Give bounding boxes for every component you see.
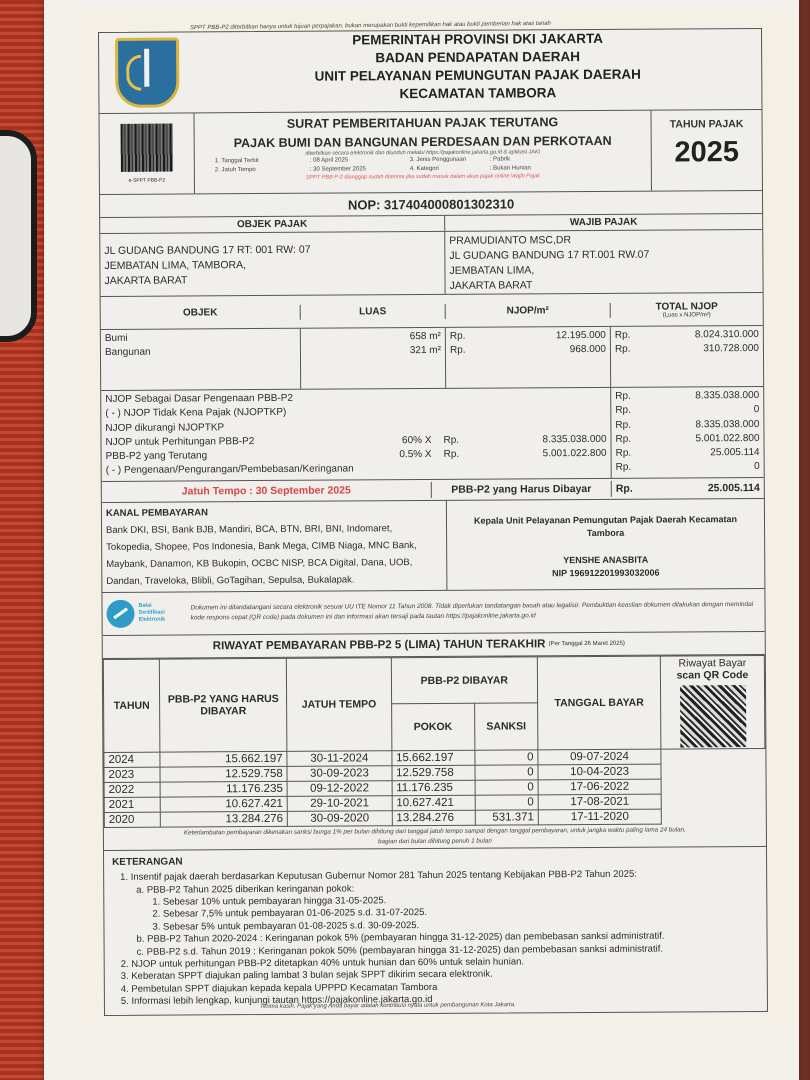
calc-pct: 0.5% X: [397, 448, 432, 463]
cell-harus: 11.176.235: [160, 781, 287, 797]
cell-tahun: 2022: [104, 782, 160, 797]
riwayat-table: TAHUN PBB-P2 YANG HARUS DIBAYAR JATUH TE…: [103, 655, 766, 828]
calc-result-value: 5.001.022.800: [696, 432, 760, 447]
wajib-pajak-heading: WAJIB PAJAK: [445, 214, 762, 231]
qr-caption-bold: scan QR Code: [665, 669, 760, 682]
calc-result: Rp.0: [616, 460, 760, 475]
col-tanggal-bayar: TANGGAL BAYAR: [537, 656, 660, 750]
cell-pokok: 12.529.758: [392, 765, 475, 781]
bsre-logo-text: Balai Sertifikasi Elektronik: [138, 603, 165, 624]
cell-jatuh: 30-09-2023: [287, 766, 391, 782]
header-line-4: KECAMATAN TAMBORA: [194, 83, 761, 104]
calc-mid: [482, 418, 606, 433]
luas-bumi: 658 m²: [305, 330, 441, 345]
cell-tahun: 2023: [104, 767, 160, 782]
col-total: TOTAL NJOP (Luas x NJOP/m²): [611, 298, 763, 320]
calc-result-rp: Rp.: [615, 390, 631, 404]
calc-pct: [396, 391, 431, 406]
riwayat-qr-cell: Riwayat Bayar scan QR Code: [660, 655, 765, 749]
kanal-line: Maybank, Danamon, KB Bukopin, OCBC NISP,…: [106, 554, 442, 573]
cell-harus: 13.284.276: [160, 811, 287, 827]
sppt-title-1: SURAT PEMBERITAHUAN PAJAK TERUTANG: [195, 115, 651, 133]
rp-label: Rp.: [450, 344, 466, 358]
calc-rp-mid: [431, 419, 482, 434]
objek-table-header: OBJEK LUAS NJOP/m² TOTAL NJOP (Luas x NJ…: [101, 293, 763, 330]
col-total-label: TOTAL NJOP: [615, 300, 759, 312]
cell-pokok: 13.284.276: [392, 810, 475, 826]
header-title: PEMERINTAH PROVINSI DKI JAKARTA BADAN PE…: [194, 29, 761, 112]
calc-result: Rp.25.005.114: [616, 446, 760, 461]
cell-harus: 12.529.758: [160, 766, 287, 782]
rp-label: Rp.: [615, 343, 631, 357]
dki-jakarta-emblem-icon: [115, 38, 179, 108]
calc-rp-mid: [431, 391, 482, 406]
calc-result-rp: Rp.: [615, 418, 631, 432]
cell-tanggal: 17-06-2022: [538, 779, 661, 795]
col-pokok: POKOK: [391, 703, 475, 750]
address-line: JAKARTA BARAT: [450, 277, 759, 294]
calc-rp-mid: Rp.: [432, 448, 483, 463]
total-bangunan: Rp.310.728.000: [615, 342, 759, 357]
objek-table-body: Bumi Bangunan 658 m² 321 m² Rp.12.195.00…: [101, 326, 763, 391]
cell-tanggal: 10-04-2023: [538, 764, 661, 780]
tahun-pajak-block: TAHUN PAJAK 2025: [651, 110, 761, 191]
cell-sanksi: 0: [475, 780, 538, 795]
kanal-heading: KANAL PEMBAYARAN: [106, 503, 442, 522]
kanal-line: Tokopedia, Shopee, Pos Indonesia, Bank M…: [106, 537, 442, 556]
col-tahun: TAHUN: [103, 659, 160, 752]
cell-harus: 10.627.421: [160, 796, 287, 812]
calc-result: Rp.5.001.022.800: [615, 432, 759, 447]
njop-value: 968.000: [570, 343, 606, 357]
total-col: Rp.8.024.310.000 Rp.310.728.000: [611, 326, 763, 387]
keterangan-section: KETERANGAN 1. Insentif pajak daerah berd…: [104, 846, 767, 1015]
keterangan-list: 1. Insentif pajak daerah berdasarkan Kep…: [112, 868, 759, 1008]
cell-sanksi: 0: [475, 765, 538, 780]
calc-rp-mid: [432, 462, 483, 477]
cell-jatuh: 30-09-2020: [287, 811, 391, 827]
calc-labels: NJOP Sebagai Dasar Pengenaan PBB-P2( - )…: [101, 388, 612, 481]
jatuh-tempo: Jatuh Tempo : 30 September 2025: [102, 482, 432, 500]
calc-result: Rp.8.335.038.000: [615, 418, 759, 433]
col-njop: NJOP/m²: [446, 302, 611, 318]
calc-result-rp: Rp.: [615, 404, 631, 418]
col-objek: OBJEK: [101, 304, 301, 320]
calc-mid: 8.335.038.000: [482, 433, 606, 448]
total-value: 8.024.310.000: [695, 328, 759, 342]
calc-mid: [482, 390, 606, 405]
meta-label: 2. Jatuh Tempo: [215, 166, 310, 176]
cell-tanggal: 17-08-2021: [538, 794, 661, 810]
shoe-object: [0, 130, 37, 342]
cell-tanggal: 17-11-2020: [538, 809, 661, 825]
col-luas: LUAS: [301, 303, 446, 319]
cell-jatuh: 30-11-2024: [287, 751, 391, 767]
calc-label: ( - ) Pengenaan/Pengurangan/Pembebasan/K…: [106, 463, 397, 479]
meta-label: 4. Kategori: [410, 165, 490, 174]
header-section: PEMERINTAH PROVINSI DKI JAKARTA BADAN PE…: [99, 29, 761, 114]
meta-label: 3. Jenis Penggunaan: [410, 156, 490, 165]
col-total-sub: (Luas x NJOP/m²): [615, 311, 759, 318]
rp-label: Rp.: [450, 330, 466, 344]
riwayat-qr-code-icon: [680, 685, 746, 747]
luas-col: 658 m² 321 m²: [301, 328, 446, 389]
cell-pokok: 11.176.235: [392, 780, 475, 796]
njop-bangunan: Rp.968.000: [450, 343, 606, 358]
calculation-section: NJOP Sebagai Dasar Pengenaan PBB-P2( - )…: [101, 387, 764, 482]
cell-sanksi: 0: [475, 750, 538, 765]
cell-pokok: 15.662.197: [392, 750, 475, 766]
bsre-logo-icon: [106, 600, 134, 628]
tahun-pajak-label: TAHUN PAJAK: [652, 118, 762, 131]
sppt-document: PEMERINTAH PROVINSI DKI JAKARTA BADAN PE…: [98, 28, 768, 1016]
harus-dibayar-value: 25.005.114: [708, 482, 760, 494]
qr-label: e-SPPT PBB-P2: [129, 178, 166, 184]
calc-result: Rp.8.335.038.000: [615, 389, 759, 404]
calc-mid: [482, 404, 606, 419]
objek-bumi: Bumi: [105, 331, 296, 346]
cell-sanksi: 531.371: [475, 810, 538, 825]
calc-pct: 60% X: [397, 434, 432, 449]
col-harus: PBB-P2 YANG HARUS DIBAYAR: [160, 658, 288, 752]
bsre-word: Elektronik: [139, 617, 166, 624]
njop-col: Rp.12.195.000 Rp.968.000: [446, 327, 611, 388]
bsre-section: Balai Sertifikasi Elektronik Dokumen ini…: [102, 589, 764, 636]
keterangan-heading: KETERANGAN: [112, 853, 758, 869]
total-value: 310.728.000: [703, 342, 759, 356]
kepala-signature: Kepala Unit Pelayanan Pemungutan Pajak D…: [447, 499, 765, 590]
meta-value: : Bukan Hunian: [490, 164, 580, 174]
cell-jatuh: 29-10-2021: [287, 796, 391, 812]
kanal-pembayaran: KANAL PEMBAYARAN Bank DKI, BSI, Bank BJB…: [102, 501, 448, 592]
cell-tahun: 2020: [104, 812, 160, 827]
calc-result-value: 0: [754, 403, 760, 417]
calc-values: Rp.8.335.038.000Rp.0Rp.8.335.038.000Rp.5…: [611, 387, 764, 478]
calc-mid: [482, 461, 606, 476]
col-jatuh-tempo: JATUH TEMPO: [287, 658, 392, 752]
calc-result-value: 8.335.038.000: [695, 418, 759, 433]
cell-tahun: 2021: [104, 797, 160, 812]
calc-result-rp: Rp.: [616, 461, 632, 475]
bsre-logo: Balai Sertifikasi Elektronik: [102, 599, 186, 628]
objek-col: Bumi Bangunan: [101, 329, 301, 390]
objek-pajak-address: JL GUDANG BANDUNG 17 RT: 001 RW: 07 JEMB…: [100, 232, 445, 296]
qr-code-icon: [121, 124, 173, 172]
calc-result: Rp.0: [615, 403, 759, 418]
qr-caption: Riwayat Bayar: [665, 657, 760, 670]
cell-pokok: 10.627.421: [392, 795, 475, 811]
riwayat-header-row: TAHUN PBB-P2 YANG HARUS DIBAYAR JATUH TE…: [103, 655, 764, 706]
njop-bumi: Rp.12.195.000: [450, 329, 606, 344]
cell-sanksi: 0: [475, 795, 538, 810]
harus-dibayar-label: PBB-P2 yang Harus Dibayar: [432, 481, 612, 498]
kanal-line: Bank DKI, BSI, Bank BJB, Mandiri, BCA, B…: [106, 520, 442, 539]
riwayat-subtitle: (Per Tanggal 26 Maret 2025): [549, 641, 625, 647]
qr-cell: e-SPPT PBB-P2: [100, 113, 195, 194]
cell-jatuh: 09-12-2022: [287, 781, 391, 797]
nop-number: NOP: 317404000801302310: [348, 196, 514, 212]
bsre-text: Dokumen ini ditandatangani secara elektr…: [186, 598, 764, 626]
luas-bangunan: 321 m²: [305, 344, 441, 359]
kepala-nip: NIP 196912201993032006: [451, 566, 760, 581]
calc-mid: 5.001.022.800: [482, 447, 606, 462]
calc-result-value: 25.005.114: [710, 446, 759, 461]
sppt-title-2: PAJAK BUMI DAN BANGUNAN PERDESAAN DAN PE…: [195, 134, 651, 152]
objek-pajak-heading: OBJEK PAJAK: [100, 216, 445, 233]
harus-dibayar-amount: Rp. 25.005.114: [612, 480, 764, 497]
calc-row: ( - ) Pengenaan/Pengurangan/Pembebasan/K…: [106, 461, 607, 478]
rp-label: Rp.: [615, 329, 631, 343]
njop-value: 12.195.000: [556, 329, 606, 343]
kepala-title: Kepala Unit Pelayanan Pemungutan Pajak D…: [451, 513, 760, 528]
kanal-line: Dandan, Traveloka, Blibli, GoTagihan, Se…: [106, 571, 442, 590]
calc-result-value: 8.335.038.000: [695, 389, 759, 404]
rp-label: Rp.: [616, 483, 633, 495]
total-bumi: Rp.8.024.310.000: [615, 328, 759, 343]
calc-pct: [396, 420, 431, 435]
cell-harus: 15.662.197: [160, 751, 287, 767]
objek-bangunan: Bangunan: [105, 345, 296, 360]
calc-result-value: 0: [754, 460, 760, 474]
calc-rp-mid: [431, 405, 482, 420]
calc-result-rp: Rp.: [616, 447, 632, 461]
calc-pct: [396, 405, 431, 420]
sppt-title-section: e-SPPT PBB-P2 SURAT PEMBERITAHUAN PAJAK …: [100, 110, 762, 195]
objek-wajib-addresses: JL GUDANG BANDUNG 17 RT: 001 RW: 07 JEMB…: [100, 230, 762, 297]
riwayat-title: RIWAYAT PEMBAYARAN PBB-P2 5 (LIMA) TAHUN…: [213, 638, 546, 652]
col-sanksi: SANKSI: [474, 703, 538, 750]
address-line: JAKARTA BARAT: [104, 272, 440, 289]
cell-tahun: 2024: [104, 752, 160, 767]
calc-rp-mid: Rp.: [431, 434, 482, 449]
kanal-kepala-section: KANAL PEMBAYARAN Bank DKI, BSI, Bank BJB…: [102, 499, 765, 593]
sppt-title-block: SURAT PEMBERITAHUAN PAJAK TERUTANG PAJAK…: [194, 111, 651, 194]
col-dibayar: PBB-P2 DIBAYAR: [391, 657, 538, 704]
cell-tanggal: 09-07-2024: [538, 749, 661, 765]
wajib-pajak-address: PRAMUDIANTO MSC,DR JL GUDANG BANDUNG 17 …: [445, 230, 762, 294]
logo-cell: [99, 32, 194, 113]
calc-pct: [397, 462, 432, 477]
tahun-pajak-value: 2025: [652, 136, 762, 170]
calc-result-rp: Rp.: [615, 433, 631, 447]
